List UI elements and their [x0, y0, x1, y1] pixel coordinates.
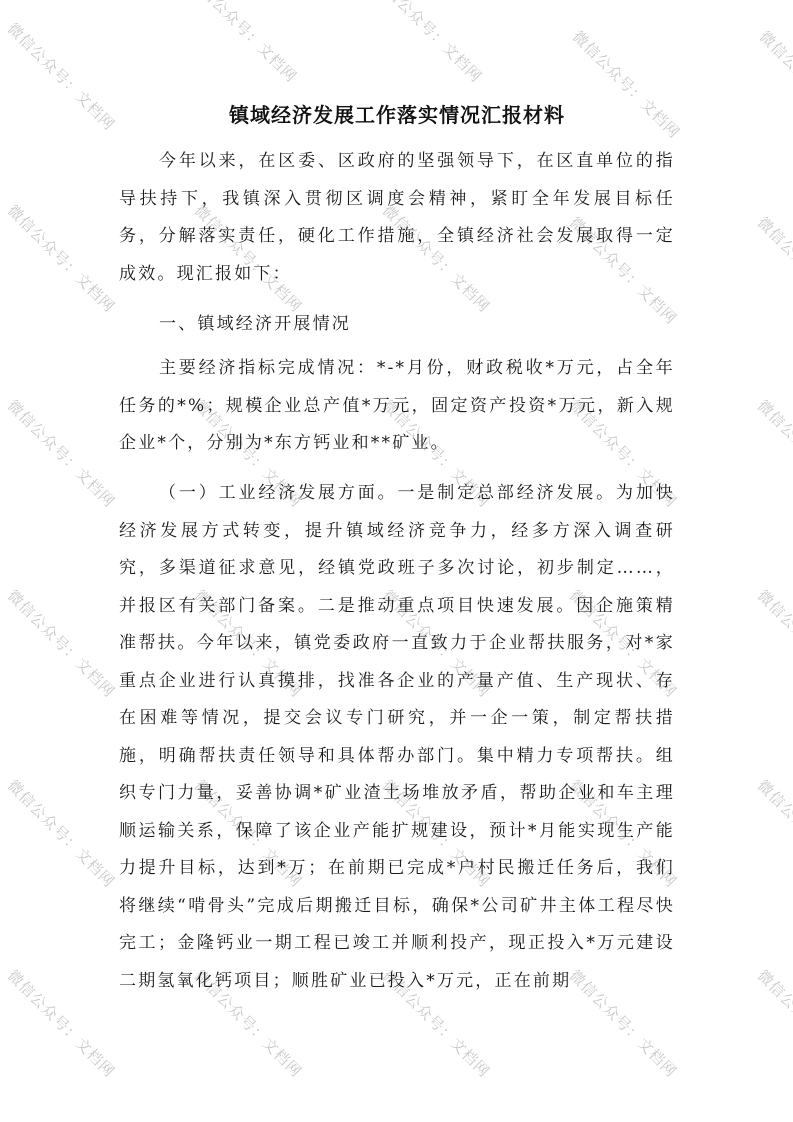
watermark-text: 微信公众号：文档网	[753, 212, 793, 329]
watermark-text: 微信公众号：文档网	[3, 965, 120, 1082]
watermark-text: 微信公众号：文档网	[3, 200, 120, 317]
intro-paragraph: 今年以来，在区委、区政府的坚强领导下，在区直单位的指导扶持下，我镇深入贯彻区调度…	[119, 143, 675, 293]
watermark-text: 微信公众号：文档网	[185, 0, 302, 87]
industry-paragraph: （一）工业经济发展方面。一是制定总部经济发展。为加快经济发展方式转变，提升镇域经…	[119, 475, 675, 1000]
watermark-text: 微信公众号：文档网	[753, 395, 793, 512]
watermark-text: 微信公众号：文档网	[3, 395, 120, 512]
watermark-text: 微信公众号：文档网	[753, 775, 793, 892]
document-title: 镇域经济发展工作落实情况汇报材料	[119, 101, 675, 129]
watermark-text: 微信公众号：文档网	[3, 18, 120, 135]
watermark-text: 微信公众号：文档网	[753, 585, 793, 702]
indicators-paragraph: 主要经济指标完成情况：*-*月份，财政税收*万元，占全年任务的*%；规模企业总产…	[119, 350, 675, 463]
watermark-text: 微信公众号：文档网	[3, 775, 120, 892]
watermark-text: 微信公众号：文档网	[3, 585, 120, 702]
watermark-text: 微信公众号：文档网	[753, 965, 793, 1082]
section-heading: 一、镇域经济开展情况	[119, 306, 675, 344]
watermark-text: 微信公众号：文档网	[370, 0, 487, 87]
watermark-text: 微信公众号：文档网	[755, 26, 793, 143]
document-page: 微信公众号：文档网 微信公众号：文档网 微信公众号：文档网 微信公众号：文档网 …	[0, 0, 793, 1122]
